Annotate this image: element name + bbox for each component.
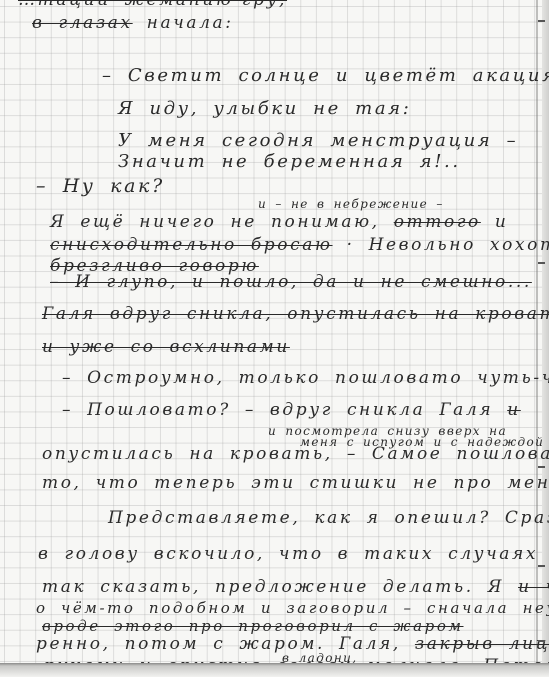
- poem-line: Значит не беременная я!..: [118, 153, 461, 171]
- struck-text: снисходительно бросаю: [50, 235, 333, 255]
- struck-text: и что-то: [518, 577, 549, 597]
- text-line-struck: и уже со всхлипами: [42, 339, 290, 356]
- text: – Самое пошловатое: [347, 444, 549, 464]
- text-line-struck: Галя вдруг сникла, опустилась на кровать: [42, 306, 549, 323]
- text-line: – Ну как?: [36, 177, 165, 196]
- text-line: в голову вскочило, что в таких случаях н…: [38, 546, 549, 563]
- text: опустилась на кровать,: [42, 444, 333, 464]
- margin-tick: [538, 565, 545, 567]
- struck-text: в глазах: [32, 13, 133, 33]
- text-line: в глазах начала:: [32, 15, 234, 32]
- text: начала:: [147, 13, 234, 33]
- insertion-text: и – не в небрежение –: [258, 198, 444, 210]
- poem-line: Я иду, улыбки не тая:: [118, 100, 411, 118]
- text-line: – Остроумно, только пошловато чуть-чуть.…: [62, 370, 549, 387]
- struck-text: оттого: [394, 212, 481, 232]
- text: и: [495, 212, 509, 232]
- struck-text: и: [507, 400, 521, 420]
- margin-tick: [538, 640, 545, 642]
- text-line: Представляете, как я опешил? Сразу: [108, 510, 549, 527]
- text: · Невольно хохотнул:: [347, 235, 549, 255]
- text-line: так сказать, предложение делать. Я и что…: [42, 579, 549, 596]
- poem-line: У меня сегодня менструация –: [118, 132, 518, 150]
- manuscript-page: …тации жеманию-гру, в глазах начала: – С…: [0, 0, 549, 677]
- text-line-struck: – И глупо, и пошло, да и не смешно...: [50, 274, 532, 291]
- page-bottom-edge: [0, 663, 549, 677]
- margin-tick: [538, 466, 545, 468]
- text-line-struck: вроде этого про проговорил с жаром: [42, 619, 464, 634]
- text: – Пошловато? – вдруг сникла Галя: [62, 400, 493, 420]
- text-line: снисходительно бросаю · Невольно хохотну…: [50, 237, 549, 254]
- margin-tick: [538, 20, 545, 22]
- text: так сказать, предложение делать. Я: [42, 577, 504, 597]
- text-line: то, что теперь эти стишки не про меня...: [42, 475, 549, 492]
- text-line: о чём-то подобном и заговорил – сначала …: [36, 601, 549, 616]
- poem-line: – Светит солнце и цветёт акация,: [102, 67, 549, 85]
- text-line: опустилась на кровать, – Самое пошловато…: [42, 446, 549, 463]
- text: Я ещё ничего не понимаю,: [50, 212, 380, 232]
- text-line: Я ещё ничего не понимаю, оттого и: [50, 214, 508, 231]
- text-line: – Пошловато? – вдруг сникла Галя и: [62, 402, 521, 419]
- text-line-struck: …тации жеманию-гру,: [18, 0, 287, 9]
- margin-tick: [538, 262, 545, 264]
- struck-text: закрыв лицо: [415, 634, 549, 654]
